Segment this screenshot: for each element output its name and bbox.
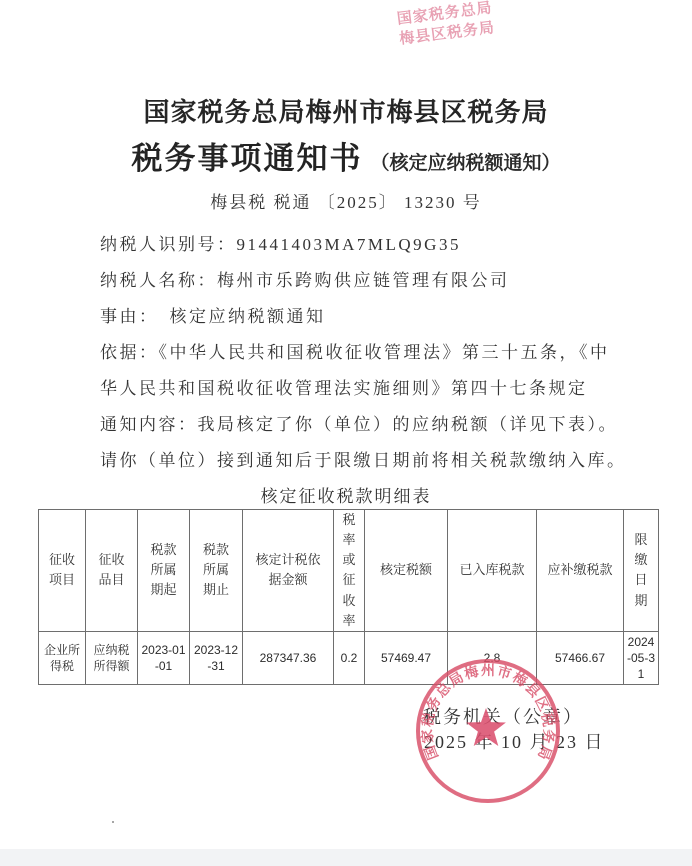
subject-line: 事由： 核定应纳税额通知 [100, 302, 326, 327]
cell-levy-item: 企业所得税 [39, 631, 86, 684]
col-header-levy-item: 征收项目 [39, 510, 86, 632]
col-header-supplement-tax: 应补缴税款 [537, 510, 624, 632]
notice-content-line: 通知内容：我局核定了你（单位）的应纳税额（详见下表）。 [100, 410, 618, 435]
issue-date: 2025 年 10 月 23 日 [424, 728, 605, 754]
cell-tax-basis: 287347.36 [243, 631, 334, 684]
legal-basis-line-1: 依据：《中华人民共和国税收征收管理法》第三十五条，《中 [100, 338, 610, 363]
col-header-tax-rate: 税率或征收率 [334, 510, 365, 632]
cell-period-end: 2023-12-31 [190, 631, 243, 684]
scan-speck [112, 821, 114, 823]
document-subtitle: （核定应纳税额通知） [370, 153, 560, 174]
legal-basis-line-2: 华人民共和国税收征收管理法实施细则》第四十七条规定 [100, 374, 588, 399]
col-header-deadline: 限缴日期 [624, 510, 659, 632]
cell-assessed-tax: 57469.47 [365, 631, 448, 684]
col-header-period-end: 税款所属期止 [190, 510, 243, 632]
payment-request-line: 请你（单位）接到通知后于限缴日期前将相关税款缴纳入库。 [100, 446, 627, 471]
document-number: 梅县税 税通 〔2025〕 13230 号 [0, 188, 692, 213]
table-header-row: 征收项目 征收品目 税款所属期起 税款所属期止 核定计税依据金额 税率或征收率 … [39, 510, 659, 632]
col-header-paid-tax: 已入库税款 [448, 510, 537, 632]
taxpayer-id-line: 纳税人识别号：91441403MA7MLQ9G35 [100, 230, 461, 255]
col-header-period-start: 税款所属期起 [138, 510, 190, 632]
taxpayer-name-line: 纳税人名称：梅州市乐跨购供应链管理有限公司 [100, 266, 510, 291]
bureau-title: 国家税务总局梅州市梅县区税务局 [0, 92, 692, 129]
tax-notice-document: 国家税务总局 梅县区税务局 国家税务总局梅州市梅县区税务局 税务事项通知书 （核… [0, 0, 692, 866]
col-header-levy-subitem: 征收品目 [86, 510, 138, 632]
cell-period-start: 2023-01-01 [138, 631, 190, 684]
cell-supplement-tax: 57466.67 [537, 631, 624, 684]
cell-deadline: 2024-05-31 [624, 631, 659, 684]
tax-authority-label: 税务机关（公章） [423, 703, 583, 729]
corner-red-stamp: 国家税务总局 梅县区税务局 [396, 0, 496, 50]
cell-paid-tax: 2.8 [448, 631, 537, 684]
cell-tax-rate: 0.2 [334, 631, 365, 684]
assessed-tax-table: 征收项目 征收品目 税款所属期起 税款所属期止 核定计税依据金额 税率或征收率 … [38, 509, 659, 685]
cell-levy-subitem: 应纳税所得额 [86, 631, 138, 684]
table-row: 企业所得税 应纳税所得额 2023-01-01 2023-12-31 28734… [39, 631, 659, 684]
document-title: 税务事项通知书 [131, 141, 362, 176]
page-bottom-shadow [0, 849, 692, 866]
document-title-row: 税务事项通知书 （核定应纳税额通知） [0, 133, 692, 178]
table-title: 核定征收税款明细表 [0, 482, 692, 507]
col-header-assessed-tax: 核定税额 [365, 510, 448, 632]
col-header-tax-basis: 核定计税依据金额 [243, 510, 334, 632]
